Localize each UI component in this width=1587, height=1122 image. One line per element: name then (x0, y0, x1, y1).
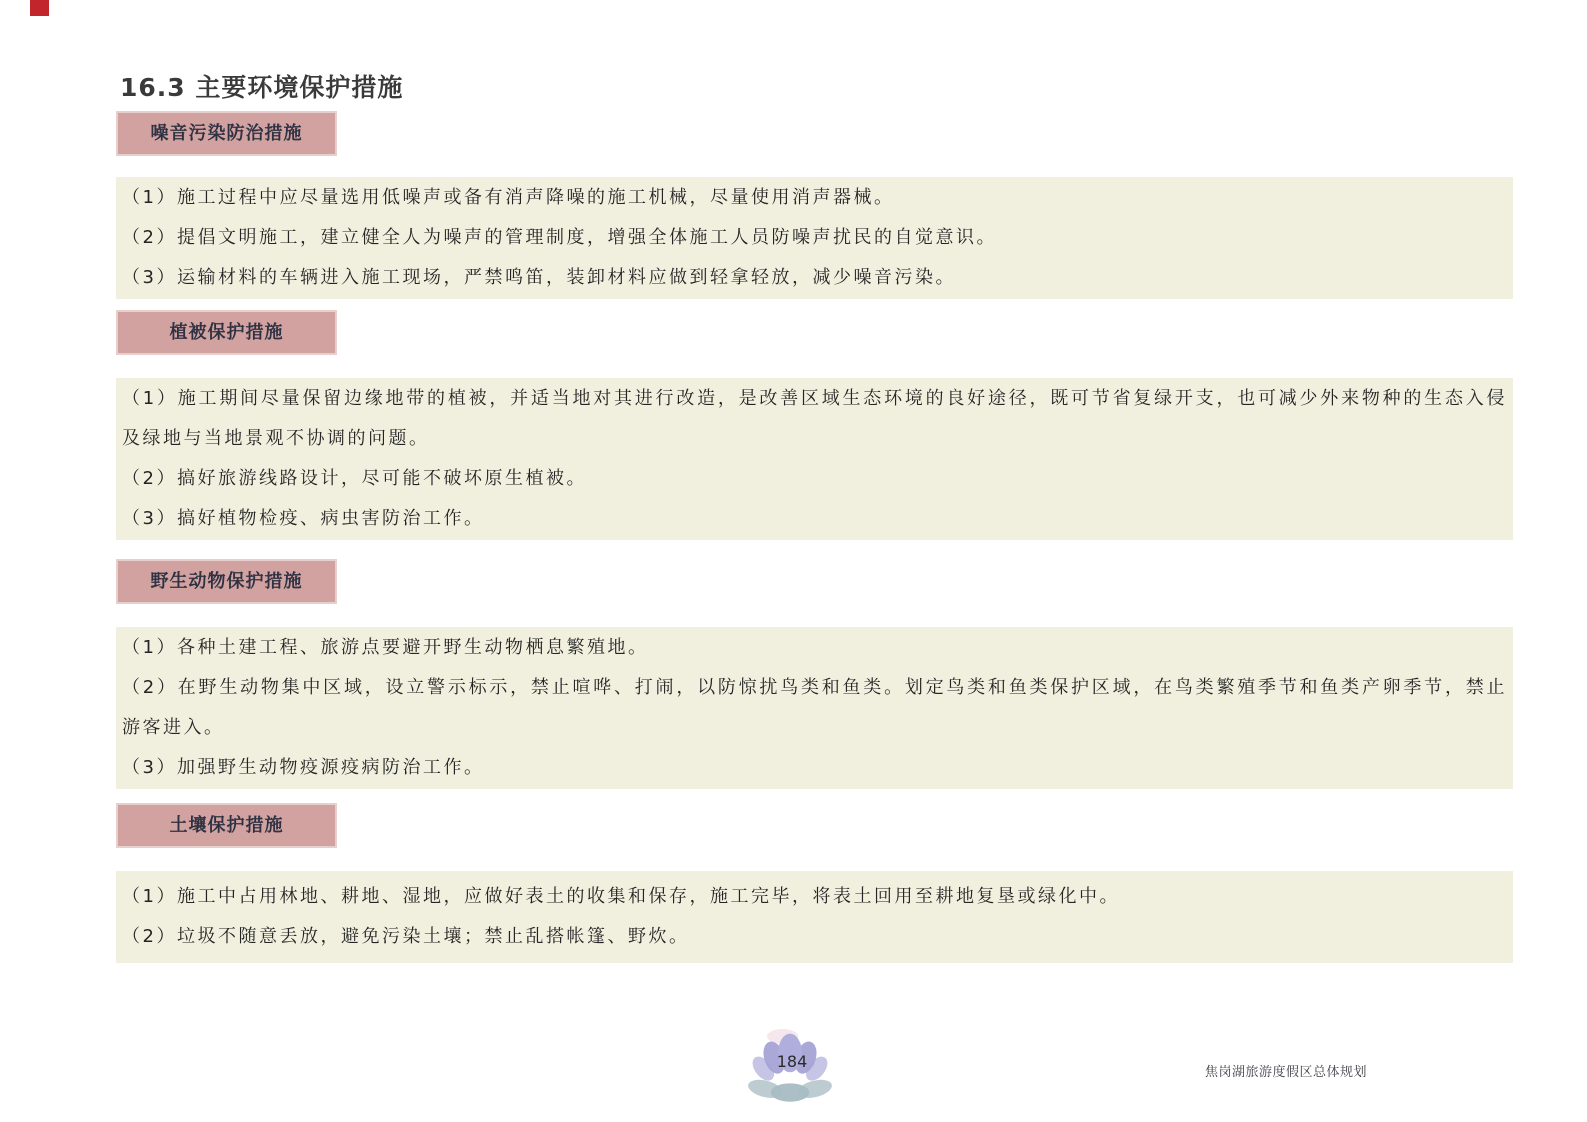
red-corner-mark (30, 0, 49, 16)
section-block-wildlife: （1）各种土建工程、旅游点要避开野生动物栖息繁殖地。 （2）在野生动物集中区域，… (116, 627, 1513, 789)
measure-item: （1）施工过程中应尽量选用低噪声或备有消声降噪的施工机械，尽量使用消声器械。 (122, 178, 1507, 218)
page-number: 184 (762, 1052, 822, 1071)
section-header-wildlife: 野生动物保护措施 (116, 559, 337, 604)
measure-item: （2）搞好旅游线路设计，尽可能不破坏原生植被。 (122, 459, 1507, 499)
section-block-vegetation: （1）施工期间尽量保留边缘地带的植被，并适当地对其进行改造，是改善区域生态环境的… (116, 378, 1513, 540)
measure-item: （3）运输材料的车辆进入施工现场，严禁鸣笛，装卸材料应做到轻拿轻放，减少噪音污染… (122, 258, 1507, 298)
measure-item: （1）施工期间尽量保留边缘地带的植被，并适当地对其进行改造，是改善区域生态环境的… (122, 379, 1507, 459)
section-header-label: 土壤保护措施 (170, 815, 284, 836)
measure-item: （2）提倡文明施工，建立健全人为噪声的管理制度，增强全体施工人员防噪声扰民的自觉… (122, 218, 1507, 258)
measure-item: （2）在野生动物集中区域，设立警示标示，禁止喧哗、打闹，以防惊扰鸟类和鱼类。划定… (122, 668, 1507, 748)
section-header-label: 噪音污染防治措施 (151, 123, 303, 144)
section-block-noise: （1）施工过程中应尽量选用低噪声或备有消声降噪的施工机械，尽量使用消声器械。 （… (116, 177, 1513, 299)
measure-item: （2）垃圾不随意丢放，避免污染土壤；禁止乱搭帐篷、野炊。 (122, 917, 1507, 957)
page-title: 16.3 主要环境保护措施 (120, 68, 403, 104)
section-block-soil: （1）施工中占用林地、耕地、湿地，应做好表土的收集和保存，施工完毕，将表土回用至… (116, 871, 1513, 963)
section-header-label: 植被保护措施 (170, 322, 284, 343)
footer-doc-title: 焦岗湖旅游度假区总体规划 (1205, 1061, 1367, 1080)
section-header-noise: 噪音污染防治措施 (116, 111, 337, 156)
measure-item: （1）施工中占用林地、耕地、湿地，应做好表土的收集和保存，施工完毕，将表土回用至… (122, 877, 1507, 917)
section-header-label: 野生动物保护措施 (151, 571, 303, 592)
measure-item: （3）加强野生动物疫源疫病防治工作。 (122, 748, 1507, 788)
document-page: 16.3 主要环境保护措施 噪音污染防治措施 （1）施工过程中应尽量选用低噪声或… (0, 0, 1587, 1122)
section-header-vegetation: 植被保护措施 (116, 310, 337, 355)
section-header-soil: 土壤保护措施 (116, 803, 337, 848)
measure-item: （3）搞好植物检疫、病虫害防治工作。 (122, 499, 1507, 539)
measure-item: （1）各种土建工程、旅游点要避开野生动物栖息繁殖地。 (122, 628, 1507, 668)
